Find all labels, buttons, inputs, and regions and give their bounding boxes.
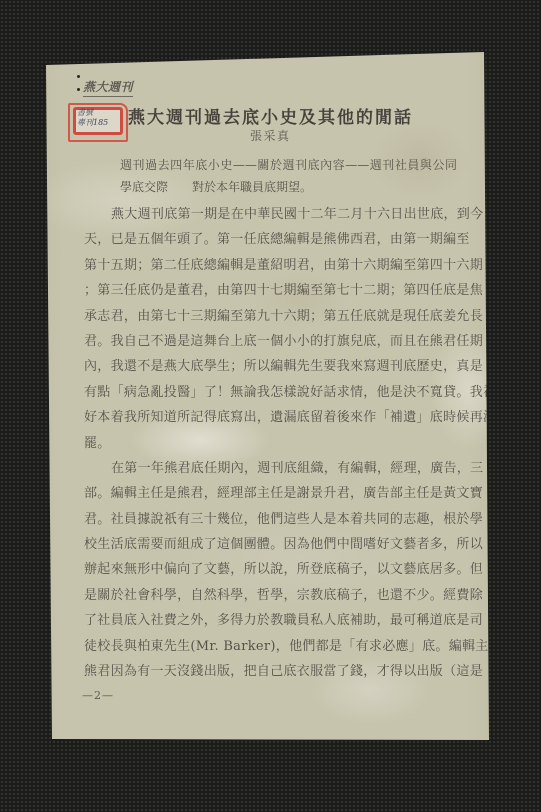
scanned-page: 燕大週刊 書號 專刊185 燕大週刊過去底小史及其他的閒話 張采真 週刊過去四年… — [0, 0, 541, 812]
body-line: 辦起來無形中偏向了文藝，所以說，所登底稿子，以文藝底居多。但 — [84, 557, 459, 582]
body-line: 徒校長與柏東先生(Mr. Barker)，他們都是「有求必應」底。編輯主任 — [84, 634, 459, 659]
stamp-line-2: 專刊185 — [77, 118, 121, 128]
body-line: 第十五期；第二任底總編輯是董紹明君，由第十六期編至第四十六期 — [84, 253, 459, 278]
body-line: 罷。 — [84, 431, 459, 456]
handwritten-margin-note: 燕大週刊 — [83, 78, 133, 97]
body-line: 君。我自己不過是這舞台上底一個小小的打旗兒底，而且在熊君任期 — [84, 329, 459, 354]
page-number: —2— — [82, 689, 114, 702]
article-synopsis: 週刊過去四年底小史——關於週刊底內容——週刊社員與公同 學底交際 對於本年職員底… — [120, 154, 457, 198]
body-line: 校生活底需要而組成了這個團體。因為他們中間嗜好文藝者多，所以 — [84, 532, 459, 557]
article-body: 燕大週刊底第一期是在中華民國十二年二月十六日出世底，到今 天，已是五個年頭了。第… — [84, 202, 459, 684]
body-line: 了社員底入社費之外，多得力於教職員私人底補助，最可稱道底是司 — [84, 608, 459, 633]
body-line: 在第一年熊君底任期內，週刊底組織，有編輯，經理，廣告，三 — [84, 456, 459, 481]
synopsis-line: 學底交際 對於本年職員底期望。 — [120, 176, 457, 198]
body-line: 好本着我所知道所記得底寫出，遺漏底留着後來作「補遺」底時候再添 — [84, 405, 459, 430]
article-title: 燕大週刊過去底小史及其他的閒話 — [128, 103, 413, 128]
body-line: 有點「病急亂投醫」了！無論我怎樣說好話求情，他是決不寬貸。我祇 — [84, 380, 459, 405]
ink-dot — [77, 88, 80, 91]
stamp-line-1: 書號 — [77, 108, 121, 118]
body-line: 是關於社會科學，自然科學，哲學，宗教底稿子，也還不少。經費除 — [84, 583, 459, 608]
ink-dot — [77, 75, 80, 78]
body-line: 熊君因為有一天沒錢出版，把自己底衣服當了錢，才得以出版（這是 — [84, 659, 459, 684]
paragraph-1: 燕大週刊底第一期是在中華民國十二年二月十六日出世底，到今 天，已是五個年頭了。第… — [84, 202, 459, 456]
paragraph-2: 在第一年熊君底任期內，週刊底組織，有編輯，經理，廣告，三 部。編輯主任是熊君，經… — [84, 456, 459, 685]
body-line: ；第三任底仍是董君，由第四十七期編至第七十二期；第四任底是焦 — [84, 278, 459, 303]
body-line: 承志君，由第七十三期編至第九十六期；第五任底就是現任底姜允長 — [84, 304, 459, 329]
body-line: 內，我還不是燕大底學生；所以編輯先生要我來寫週刊底歷史，真是 — [84, 354, 459, 379]
body-line: 君。社員據說祇有三十幾位，他們這些人是本着共同的志趣，根於學 — [84, 507, 459, 532]
body-line: 燕大週刊底第一期是在中華民國十二年二月十六日出世底，到今 — [84, 202, 459, 227]
body-line: 天，已是五個年頭了。第一任底總編輯是熊佛西君，由第一期編至 — [84, 227, 459, 252]
article-author: 張采真 — [250, 127, 291, 144]
body-line: 部。編輯主任是熊君，經理部主任是謝景升君，廣告部主任是黃文寶 — [84, 481, 459, 506]
synopsis-line: 週刊過去四年底小史——關於週刊底內容——週刊社員與公同 — [120, 154, 457, 176]
library-stamp-text: 書號 專刊185 — [77, 108, 121, 128]
